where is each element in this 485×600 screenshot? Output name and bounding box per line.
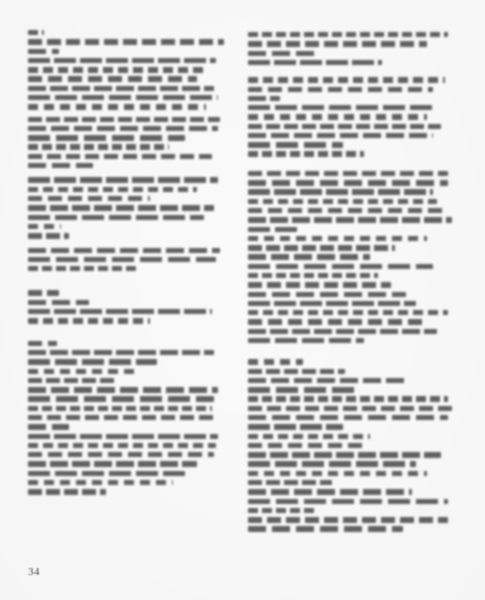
text-line xyxy=(248,359,303,364)
paragraph xyxy=(248,359,458,429)
text-line xyxy=(28,266,136,271)
text-line xyxy=(248,378,406,383)
text-line xyxy=(248,96,280,101)
paragraph xyxy=(28,434,224,495)
text-line xyxy=(28,248,220,253)
text-line xyxy=(248,87,433,92)
text-line xyxy=(248,236,427,241)
text-line xyxy=(28,30,44,35)
paragraph xyxy=(28,39,224,54)
text-line xyxy=(248,310,448,315)
text-line xyxy=(28,471,185,476)
text-line xyxy=(248,434,370,439)
paragraph xyxy=(248,489,458,513)
text-line xyxy=(28,135,185,140)
text-line xyxy=(248,443,364,448)
text-line xyxy=(248,282,391,287)
text-line xyxy=(28,309,212,314)
text-line xyxy=(248,133,433,138)
text-line xyxy=(248,338,364,343)
text-line xyxy=(248,396,448,401)
text-line xyxy=(28,215,204,220)
paragraph xyxy=(28,177,224,229)
text-line xyxy=(248,508,317,513)
text-line xyxy=(248,142,343,147)
text-line xyxy=(28,104,206,109)
text-line xyxy=(248,461,416,466)
text-line xyxy=(28,359,157,364)
paragraph xyxy=(28,350,224,383)
text-line xyxy=(28,67,208,72)
text-line xyxy=(28,300,89,305)
text-line xyxy=(28,369,136,374)
text-line xyxy=(28,95,218,100)
paragraph xyxy=(248,171,458,343)
text-line xyxy=(28,443,216,448)
text-line xyxy=(248,227,301,232)
text-line xyxy=(248,151,364,156)
text-line xyxy=(248,273,378,278)
text-line xyxy=(28,187,197,192)
text-line xyxy=(28,163,93,168)
text-line xyxy=(28,39,224,44)
text-line xyxy=(28,224,61,229)
text-column-right xyxy=(248,32,458,536)
paragraph xyxy=(28,58,224,110)
paragraph xyxy=(248,77,458,157)
text-line xyxy=(248,245,395,250)
text-line xyxy=(28,177,218,182)
text-line xyxy=(248,51,319,56)
text-line xyxy=(28,318,150,323)
paragraph xyxy=(28,30,224,35)
text-line xyxy=(28,461,197,466)
text-line xyxy=(248,406,452,411)
paragraph xyxy=(248,434,458,486)
text-line xyxy=(248,199,437,204)
text-line xyxy=(28,126,218,131)
text-line xyxy=(248,292,406,297)
text-line xyxy=(28,76,197,81)
text-column-left xyxy=(28,30,224,498)
text-line xyxy=(248,499,448,504)
paragraph xyxy=(28,248,224,272)
text-line xyxy=(248,415,448,420)
text-line xyxy=(28,480,173,485)
text-line xyxy=(248,424,343,429)
text-line xyxy=(248,180,448,185)
text-line xyxy=(28,257,216,262)
text-line xyxy=(248,208,448,213)
text-line xyxy=(28,415,216,420)
text-line xyxy=(28,117,220,122)
text-line xyxy=(28,378,118,383)
text-line xyxy=(248,189,433,194)
text-line xyxy=(248,105,437,110)
text-line xyxy=(248,171,448,176)
text-line xyxy=(248,480,332,485)
text-line xyxy=(248,32,448,37)
text-line xyxy=(248,217,452,222)
text-line xyxy=(28,205,214,210)
paragraph xyxy=(28,387,224,430)
text-line xyxy=(248,489,412,494)
document-page: 34 xyxy=(0,0,485,600)
text-line xyxy=(248,319,427,324)
text-line xyxy=(28,196,150,201)
text-line xyxy=(28,233,69,238)
text-line xyxy=(248,264,433,269)
page-number: 34 xyxy=(28,566,40,578)
text-line xyxy=(28,58,216,63)
text-line xyxy=(28,350,214,355)
text-line xyxy=(248,60,382,65)
text-line xyxy=(248,387,359,392)
text-line xyxy=(248,517,448,522)
text-line xyxy=(28,452,214,457)
text-line xyxy=(28,424,69,429)
text-line xyxy=(28,406,212,411)
text-line xyxy=(248,77,445,82)
text-line xyxy=(248,301,416,306)
text-line xyxy=(28,387,218,392)
text-line xyxy=(28,290,59,295)
text-line xyxy=(248,41,427,46)
text-line xyxy=(28,154,212,159)
paragraph xyxy=(248,32,458,65)
paragraph xyxy=(28,233,224,238)
text-line xyxy=(248,114,427,119)
text-line xyxy=(248,526,403,531)
text-line xyxy=(28,49,59,54)
text-line xyxy=(28,396,214,401)
paragraph xyxy=(248,517,458,532)
text-line xyxy=(248,369,345,374)
paragraph xyxy=(28,341,224,346)
text-line xyxy=(28,489,106,494)
text-line xyxy=(248,124,441,129)
text-line xyxy=(28,341,57,346)
text-line xyxy=(248,254,370,259)
text-line xyxy=(28,434,218,439)
paragraph xyxy=(28,290,224,323)
text-line xyxy=(28,144,169,149)
text-line xyxy=(248,471,427,476)
text-line xyxy=(248,452,441,457)
text-line xyxy=(28,86,214,91)
paragraph xyxy=(28,117,224,169)
text-line xyxy=(248,329,437,334)
